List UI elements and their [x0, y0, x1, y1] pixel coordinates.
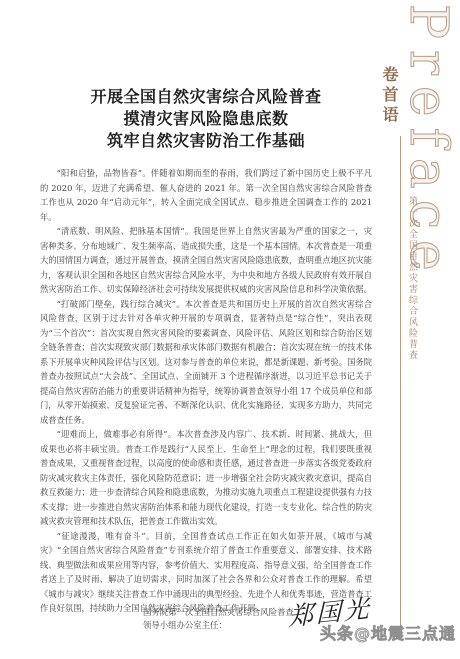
- title-line-1: 开展全国自然灾害综合风险普查: [40, 86, 372, 108]
- preface-page: 开展全国自然灾害综合风险普查 摸清灾害风险隐患底数 筑牢自然灾害防治工作基础 “…: [0, 0, 460, 659]
- paragraph-4: “迎难而上，做难事必有所得”。本次普查涉及内容广、技术新、时间紧、挑战大，但成果…: [40, 427, 372, 529]
- section-title-cn: 卷首语: [378, 66, 401, 126]
- title-line-3: 筑牢自然灾害防治工作基础: [40, 130, 372, 152]
- paragraph-3: “打破部门壁垒，践行综合减灾”。本次普查是共和国历史上开展的首次自然灾害综合风险…: [40, 297, 372, 428]
- series-vertical-title: 第一次全国自然灾害综合风险普查: [406, 196, 419, 361]
- title-line-2: 摸清灾害风险隐患底数: [40, 108, 372, 130]
- signature-org-line-1: 国务院第一次全国自然灾害综合风险普查: [143, 606, 294, 619]
- main-column: 开展全国自然灾害综合风险普查 摸清灾害风险隐患底数 筑牢自然灾害防治工作基础 “…: [40, 86, 372, 616]
- article-title: 开展全国自然灾害综合风险普查 摸清灾害风险隐患底数 筑牢自然灾害防治工作基础: [40, 86, 372, 152]
- signature-org-line-2: 领导小组办公室主任：: [143, 619, 294, 632]
- sidebar-divider-line: [400, 136, 401, 630]
- paragraph-2: “清底数、明风险、把脉基本国情”。我国是世界上自然灾害最为严重的国家之一，灾害种…: [40, 224, 372, 297]
- toutiao-watermark: 头条@地震三点通: [320, 621, 456, 644]
- article-body: “阳和启蛰，品物皆春”。伴随着如期而至的春雨，我们跨过了新中国历史上极不平凡的 …: [40, 166, 372, 616]
- paragraph-1: “阳和启蛰，品物皆春”。伴随着如期而至的春雨，我们跨过了新中国历史上极不平凡的 …: [40, 166, 372, 224]
- signature-org: 国务院第一次全国自然灾害综合风险普查 领导小组办公室主任：: [143, 606, 294, 631]
